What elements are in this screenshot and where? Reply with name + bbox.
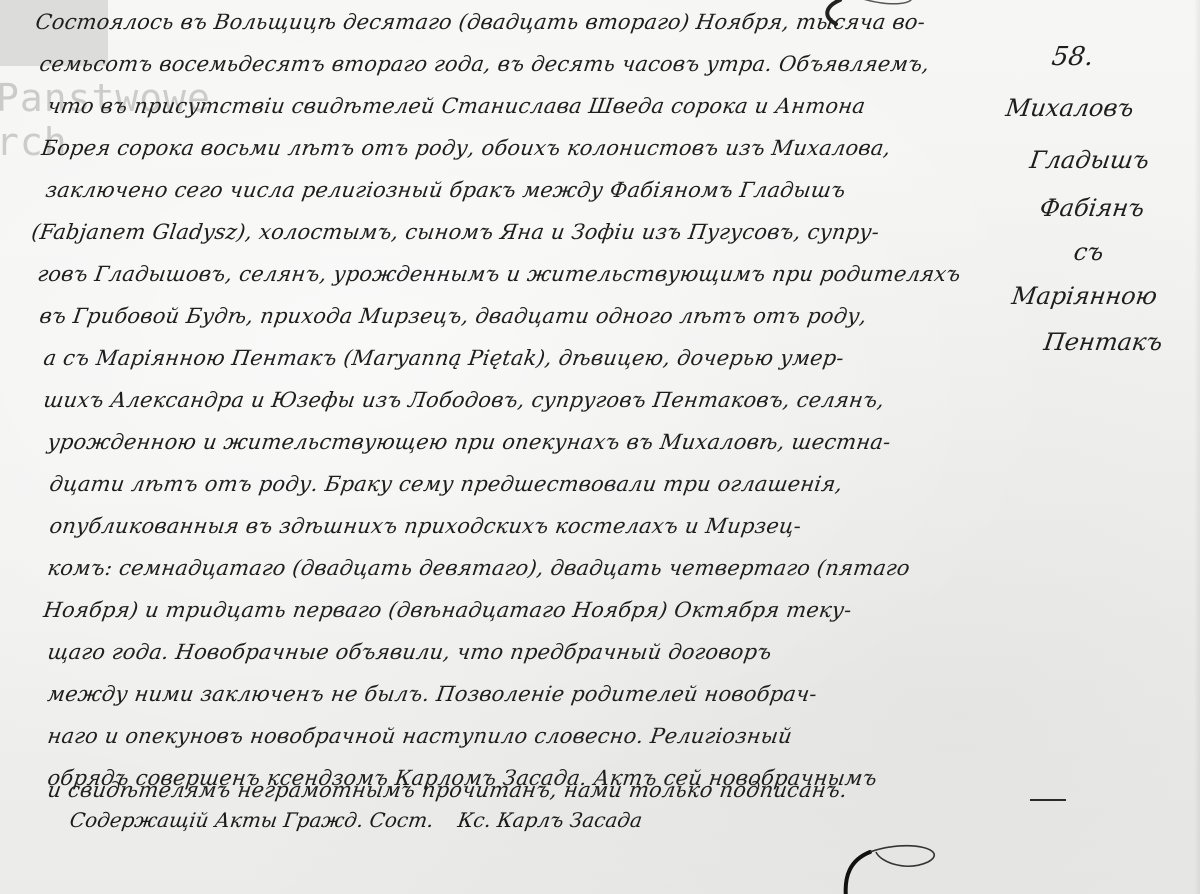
record-line: Состоялось въ Вольщицѣ десятаго (двадцат… — [34, 10, 927, 34]
record-line: щаго года. Новобрачные объявили, что пре… — [46, 640, 773, 664]
record-line: заключено сего числа религіозный бракъ м… — [44, 178, 847, 202]
record-line: между ними заключенъ не былъ. Позволеніе… — [46, 682, 818, 706]
record-line: (Fabjanem Gladysz), холостымъ, сыномъ Ян… — [30, 220, 881, 244]
margin-groom-surname: Гладышъ — [1028, 146, 1151, 174]
margin-groom-name: Фабіянъ — [1038, 194, 1146, 222]
record-line: что въ присутствіи свидѣтелей Станислава… — [46, 94, 867, 118]
record-line: говъ Гладышовъ, селянъ, урожденнымъ и жи… — [36, 262, 962, 286]
record-line: семьсотъ восемьдесятъ втораго года, въ д… — [38, 52, 931, 76]
margin-bride-surname: Пентакъ — [1042, 328, 1164, 356]
margin-place: Михаловъ — [1004, 94, 1136, 122]
act-number: 58. — [1050, 42, 1096, 72]
record-line: опубликованныя въ здѣшнихъ приходскихъ к… — [48, 514, 803, 538]
signature-flourish-icon — [810, 832, 960, 894]
signature-name: Кс. Карлъ Засада — [456, 808, 644, 832]
record-line: Ноября) и тридцать перваго (двѣнадцатаго… — [42, 598, 853, 622]
closing-dash — [1030, 799, 1066, 801]
record-line: комъ: семнадцатаго (двадцать девятаго), … — [46, 556, 911, 580]
record-line: Борея сорока восьми лѣтъ отъ роду, обоих… — [40, 136, 892, 160]
record-line: въ Грибовой Будѣ, прихода Мирзецъ, двадц… — [38, 304, 868, 328]
signature-line: Содержащій Акты Гражд. Сост. Кс. Карлъ З… — [68, 808, 662, 832]
record-line-final: и свидѣтелямъ неграмотнымъ прочитанъ, на… — [46, 778, 849, 802]
record-line: дцати лѣтъ отъ роду. Браку сему предшест… — [48, 472, 844, 496]
margin-with: съ — [1072, 238, 1105, 266]
margin-bride-name: Маріянною — [1010, 282, 1159, 310]
scan-edge-shadow — [1194, 0, 1200, 894]
record-line: наго и опекуновъ новобрачной наступило с… — [46, 724, 794, 748]
document-page: Panstwowe rch Состоялось въ Вольщицѣ дес… — [0, 0, 1200, 894]
record-line: урожденною и жительствующею при опекунах… — [46, 430, 892, 454]
record-line: шихъ Александра и Юзефы изъ Лободовъ, су… — [42, 388, 886, 412]
signature-role: Содержащій Акты Гражд. Сост. — [68, 808, 435, 832]
record-line: а съ Маріянною Пентакъ (Maryanną Piętak)… — [42, 346, 846, 370]
